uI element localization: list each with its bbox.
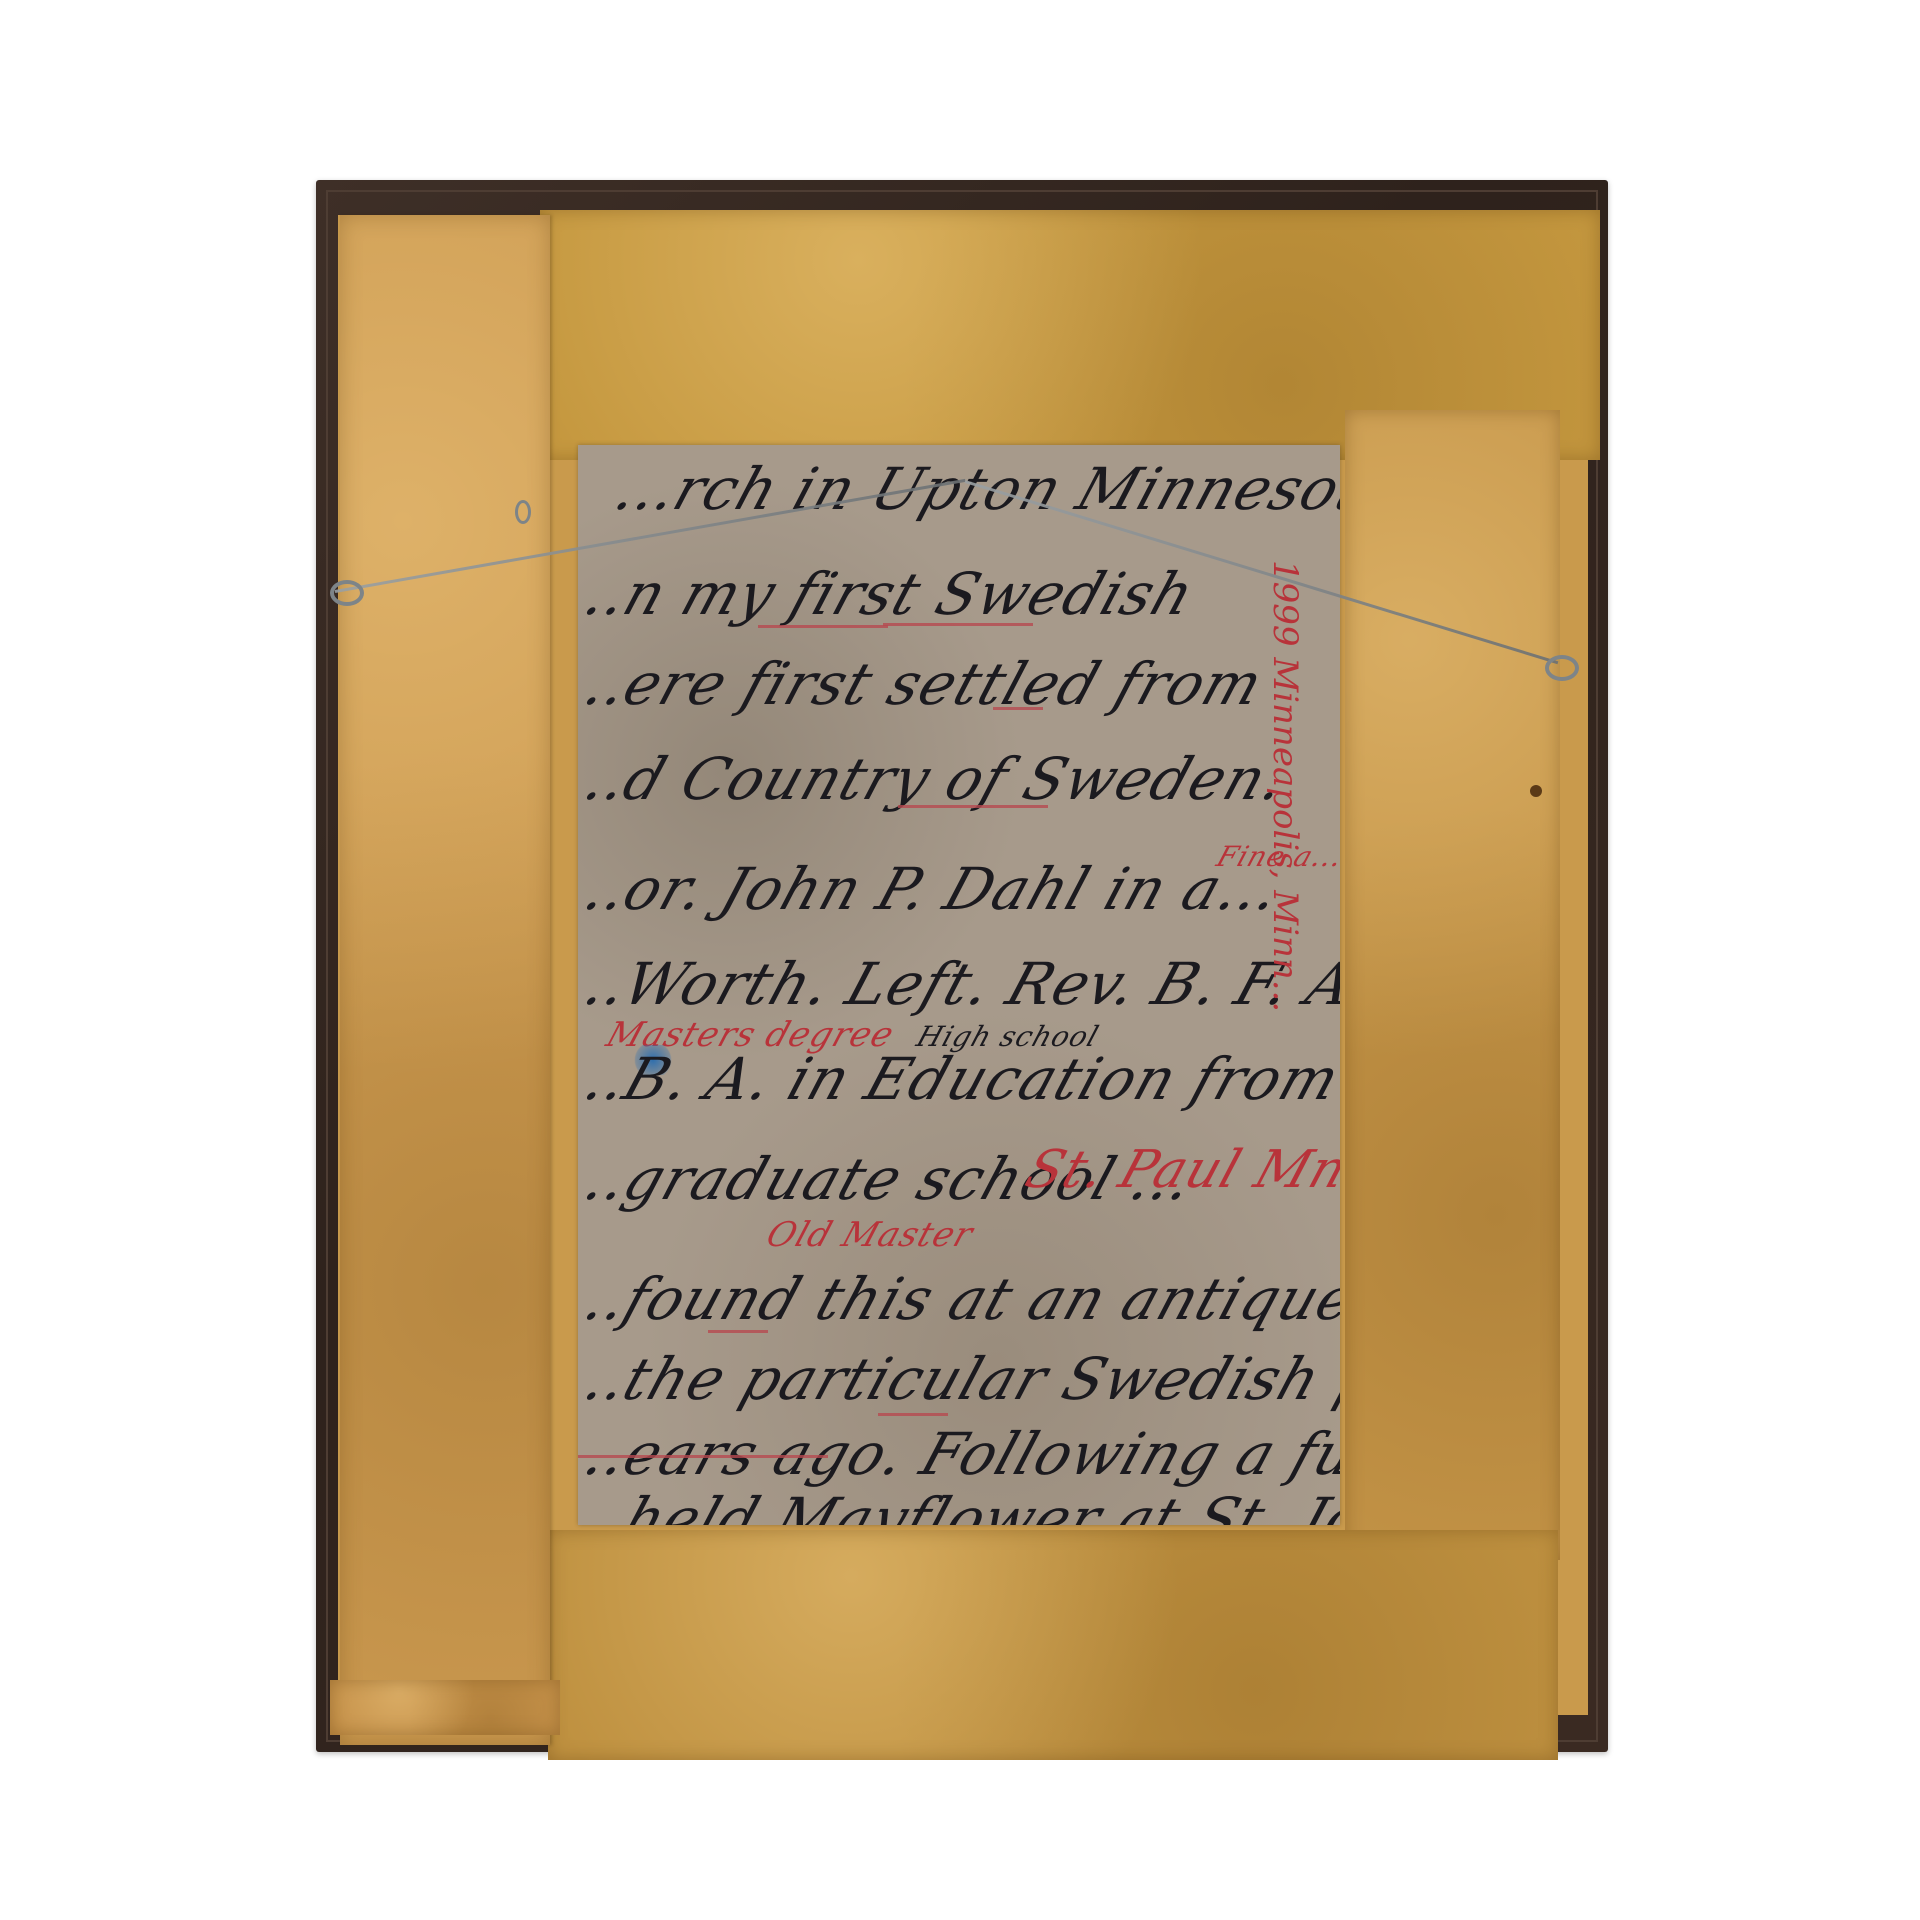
screw-eye-right bbox=[1545, 655, 1579, 681]
kraft-tape-left bbox=[340, 215, 550, 1745]
red-annotation: Old Master bbox=[762, 1215, 979, 1255]
letter-line: ...ears ago. Following a fun... bbox=[578, 1420, 1340, 1488]
letter-line: ...d Country of Sweden. bbox=[578, 745, 1295, 813]
letter-line: ...the particular Swedish prof... bbox=[578, 1345, 1340, 1413]
letter-line: ...rch in Upton Minnesota, bbox=[607, 455, 1340, 523]
vertical-red-note: 1999 Minneapolis, Minn... bbox=[1265, 560, 1305, 1012]
kraft-tape-right bbox=[1345, 410, 1560, 1560]
letter-line: ...Worth. Left. Rev. B. F. A... bbox=[578, 950, 1340, 1018]
letter-line: ...n my first Swedish bbox=[578, 560, 1203, 628]
letter-line: ...held Mayflower at St. Johannes... bbox=[578, 1485, 1340, 1525]
nail-hole bbox=[1530, 785, 1542, 797]
handwritten-letter: ...rch in Upton Minnesota, ...n my first… bbox=[578, 445, 1340, 1525]
letter-line: ...or. John P. Dahl in a... bbox=[578, 855, 1290, 923]
kraft-tape-left-tail bbox=[330, 1680, 560, 1735]
letter-line: ...ere first settled from bbox=[578, 650, 1272, 718]
screw-eye-left bbox=[330, 580, 364, 606]
letter-line: ...found this at an antique s... bbox=[578, 1265, 1340, 1333]
letter-line: ...B. A. in Education from St... bbox=[578, 1045, 1340, 1113]
kraft-tape-bottom bbox=[548, 1530, 1558, 1760]
wire-loop bbox=[515, 500, 531, 524]
red-annotation: St. Paul Mn bbox=[1018, 1140, 1340, 1200]
